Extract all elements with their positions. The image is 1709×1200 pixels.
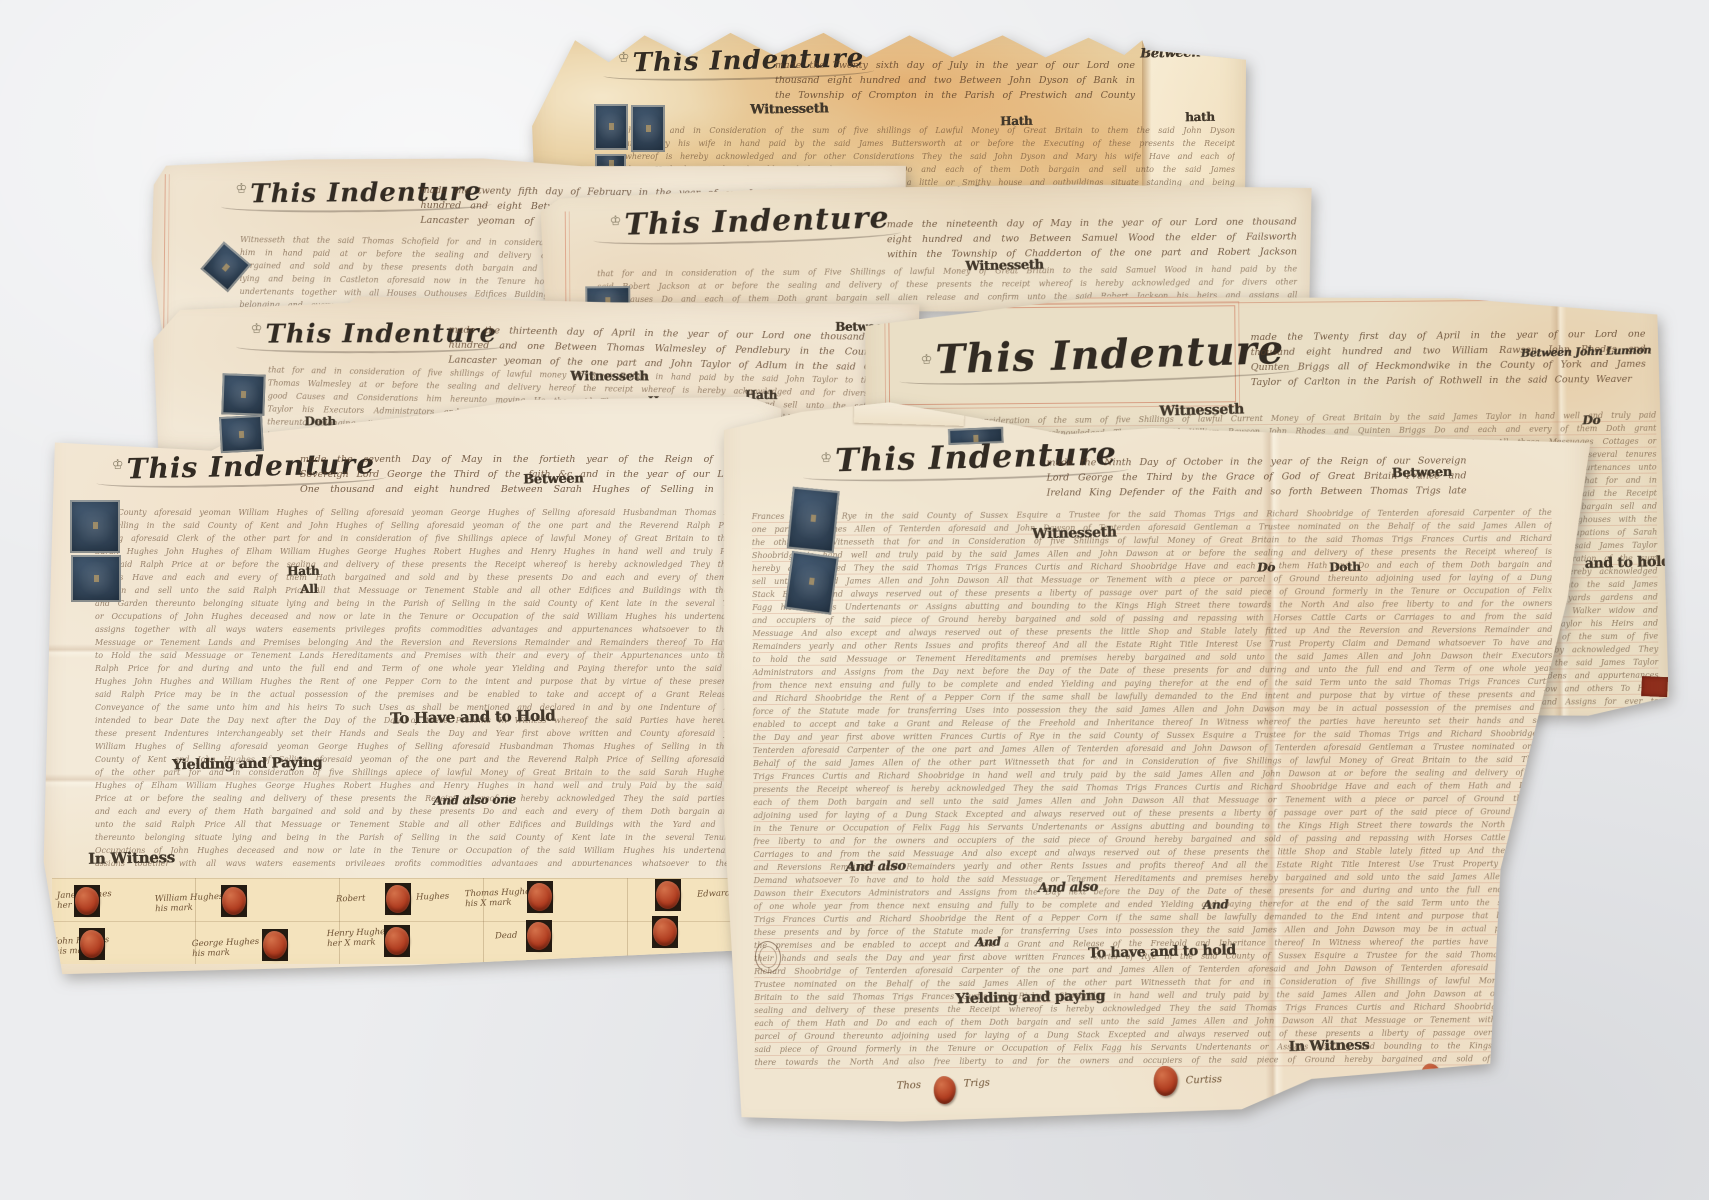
deed-title: ♔This Indenture xyxy=(609,200,890,243)
deed-body-script: Frances Curtis of Rye in the said County… xyxy=(752,506,1555,1070)
keyword-and: And xyxy=(975,935,1001,950)
revenue-stamp xyxy=(70,500,120,553)
red-wafer-seal xyxy=(1641,676,1668,697)
revenue-stamp xyxy=(787,487,840,553)
crown-cipher-icon: ♔ xyxy=(112,457,125,472)
keyword-in-witness: In Witness xyxy=(88,848,175,868)
keyword-doth: Doth xyxy=(1329,560,1361,575)
revenue-stamp xyxy=(71,555,121,602)
keyword-hath-2: hath xyxy=(1185,110,1215,125)
keyword-and-to-hold: and to hold xyxy=(1584,554,1670,572)
crown-cipher-icon: ♔ xyxy=(251,322,264,337)
keyword-in-witness: In Witness xyxy=(1288,1037,1369,1055)
deed-bottom-left: and County aforesaid yeoman William Hugh… xyxy=(40,388,785,980)
keyword-yielding-and-paying: Yielding and paying xyxy=(955,988,1105,1007)
wax-seal xyxy=(79,928,105,960)
keyword-between: Between xyxy=(1391,465,1452,481)
wax-blob xyxy=(263,931,287,959)
wax-seal xyxy=(1421,1064,1441,1090)
keyword-witnesseth: Witnesseth xyxy=(570,369,648,384)
ruled-margin xyxy=(565,211,571,309)
ruled-border-line xyxy=(880,293,1635,307)
signature: Trigs xyxy=(964,1078,991,1089)
deed-title-text: This Indenture xyxy=(624,200,890,242)
opening-clause: made the seventh Day of May in the forti… xyxy=(300,452,740,498)
wax-blob xyxy=(527,922,551,950)
keyword-and-also: And also xyxy=(845,859,905,875)
signature: Thomas Hughes his X mark xyxy=(465,887,535,909)
keyword-yielding-and-paying: Yielding and Paying xyxy=(172,755,322,774)
wax-blob xyxy=(386,885,410,913)
crown-cipher-icon: ♔ xyxy=(235,181,248,196)
wax-seal xyxy=(526,920,552,952)
revenue-stamp xyxy=(221,373,265,415)
keyword-and-also: And also one xyxy=(433,792,516,807)
wax-seal xyxy=(384,925,410,957)
wax-blob xyxy=(75,887,99,915)
deed-title-text: This Indenture xyxy=(935,326,1285,383)
keyword-witnesseth: Witnesseth xyxy=(750,101,829,117)
keyword-hath: Hath xyxy=(1000,114,1032,129)
wax-blob xyxy=(653,918,677,946)
signature: George Hughes his mark xyxy=(192,937,260,959)
crown-cipher-icon: ♔ xyxy=(610,214,623,229)
wax-seal xyxy=(385,883,411,915)
revenue-stamp xyxy=(784,551,838,615)
signature: Richd xyxy=(1448,1073,1478,1084)
keyword-between: Between xyxy=(1140,45,1201,61)
signature: Henry Hughes her X mark xyxy=(327,927,390,949)
revenue-stamp xyxy=(219,415,264,453)
signature: Robert xyxy=(336,893,366,904)
revenue-stamp xyxy=(594,104,628,150)
signature: Thos xyxy=(897,1081,922,1092)
signature: Curtiss xyxy=(1186,1075,1223,1086)
wax-seal xyxy=(262,929,288,961)
keyword-witnesseth: Witnesseth xyxy=(1032,524,1117,542)
fold-flap xyxy=(854,397,965,426)
crown-cipher-icon: ♔ xyxy=(921,352,934,367)
crown-cipher-icon: ♔ xyxy=(618,50,631,65)
opening-clause: made the thirteenth day of April in the … xyxy=(448,323,899,375)
keyword-and: And xyxy=(1203,897,1229,912)
revenue-stamp xyxy=(631,105,665,152)
photo-backdrop: that for and in Consideration of the sum… xyxy=(0,0,1709,1200)
deed-bottom-left-wrapper: and County aforesaid yeoman William Hugh… xyxy=(40,388,785,980)
deed-bottom-right: Frances Curtis of Rye in the said County… xyxy=(714,381,1594,1136)
signature-strip: Jane Hughes her mark William Hughes his … xyxy=(52,878,770,964)
crown-cipher-icon: ♔ xyxy=(820,451,833,466)
deed-title: ♔This Indenture xyxy=(920,326,1285,384)
wax-seal xyxy=(221,885,247,917)
signature: William Hughes his mark xyxy=(155,892,224,914)
keyword-hath: Hath xyxy=(287,564,319,579)
wax-blob xyxy=(528,883,552,911)
signature: Hughes xyxy=(416,891,450,902)
wax-blob xyxy=(385,927,409,955)
wax-seal xyxy=(655,879,681,911)
deed-bottom-right-wrapper: Frances Curtis of Rye in the said County… xyxy=(714,381,1594,1136)
wax-seal xyxy=(74,885,100,917)
opening-clause: made the Twenty sixth day of July in the… xyxy=(775,58,1135,106)
opening-clause: made the nineteenth day of May in the ye… xyxy=(887,214,1297,263)
revenue-stamp xyxy=(948,427,1004,445)
keyword-between: Between xyxy=(523,471,584,487)
deed-body-script: and County aforesaid yeoman William Hugh… xyxy=(95,506,755,866)
keyword-to-have-and-to-hold: To have and to hold xyxy=(1088,942,1236,961)
wax-blob xyxy=(656,881,680,909)
wax-blob xyxy=(80,930,104,958)
wax-seal xyxy=(1154,1066,1178,1096)
wax-blob xyxy=(222,887,246,915)
keyword-to-have-and-to-hold: To Have and to Hold xyxy=(390,707,555,728)
keyword-witnesseth: Witnesseth xyxy=(965,257,1044,274)
wax-seal xyxy=(652,916,678,948)
keyword-all: All xyxy=(300,582,318,596)
keyword-do: Do xyxy=(1257,560,1275,574)
wax-seal xyxy=(934,1076,956,1104)
signature: Dead xyxy=(495,931,518,942)
keyword-and-also: And also xyxy=(1038,880,1098,896)
wax-seal xyxy=(527,881,553,913)
